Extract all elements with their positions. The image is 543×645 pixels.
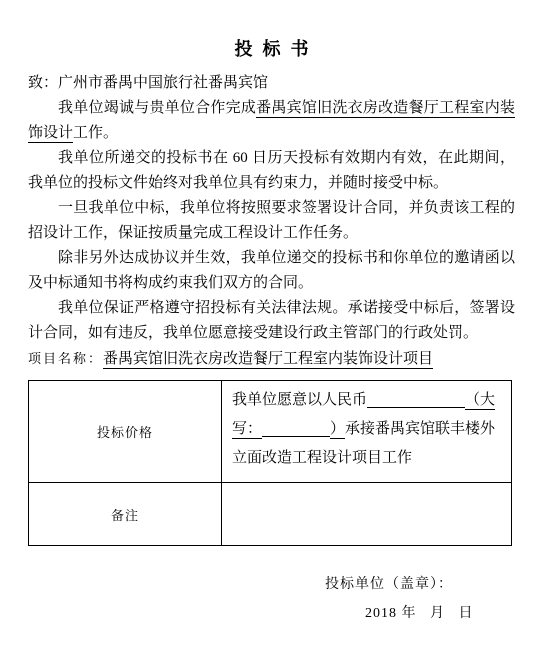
project-name-label: 项目名称：	[28, 351, 103, 366]
price-statement-prefix: 我单位愿意以人民币	[232, 392, 367, 408]
paragraph-contract-formation: 除非另外达成协议并生效，我单位递交的投标书和你单位的邀请函以及中标通知书将构成约…	[28, 246, 515, 296]
bid-table: 投标价格 我单位愿意以人民币（大写：）承接番禺宾馆联丰楼外立面改造工程设计项目工…	[28, 380, 512, 546]
remark-content-cell	[222, 483, 512, 546]
bid-price-row: 投标价格 我单位愿意以人民币（大写：）承接番禺宾馆联丰楼外立面改造工程设计项目工…	[29, 381, 512, 483]
bid-price-header-cell: 投标价格	[29, 381, 222, 483]
paragraph-law-compliance: 我单位保证严格遵守招投标有关法律法规。承诺接受中标后，签署设计合同，如有违反，我…	[28, 296, 515, 346]
amount-words-close: ）	[330, 421, 345, 439]
signature-unit-line: 投标单位（盖章）：	[325, 577, 515, 593]
bid-document-page: 投标书 致：广州市番禺中国旅行社番禺宾馆 我单位竭诚与贵单位合作完成番禺宾馆旧洗…	[0, 0, 543, 645]
paragraph-cooperation: 我单位竭诚与贵单位合作完成番禺宾馆旧洗衣房改造餐厅工程室内装饰设计工作。	[28, 96, 515, 146]
project-name-value: 番禺宾馆旧洗衣房改造餐厅工程室内装饰设计项目	[103, 351, 433, 369]
document-title: 投标书	[28, 38, 515, 60]
amount-blank-line	[367, 392, 465, 408]
recipient-line: 致：广州市番禺中国旅行社番禺宾馆	[28, 71, 515, 96]
paragraph-validity: 我单位所递交的投标书在 60 日历天投标有效期内有效，在此期间，我单位的投标文件…	[28, 146, 515, 196]
paragraph-cooperation-prefix: 我单位竭诚与贵单位合作完成	[58, 100, 256, 116]
project-name-line: 项目名称：番禺宾馆旧洗衣房改造餐厅工程室内装饰设计项目	[28, 346, 515, 372]
paragraph-award-commitment: 一旦我单位中标，我单位将按照要求签署设计合同，并负责该工程的招设计工作，保证按质…	[28, 196, 515, 246]
paragraph-cooperation-suffix: 工作。	[73, 125, 118, 141]
signature-date-line: 2018 年 月 日	[365, 606, 515, 622]
remark-row: 备注	[29, 483, 512, 546]
remark-header-cell: 备注	[29, 483, 222, 546]
amount-words-blank-line	[262, 421, 330, 437]
bid-price-content-cell: 我单位愿意以人民币（大写：）承接番禺宾馆联丰楼外立面改造工程设计项目工作	[222, 381, 512, 483]
